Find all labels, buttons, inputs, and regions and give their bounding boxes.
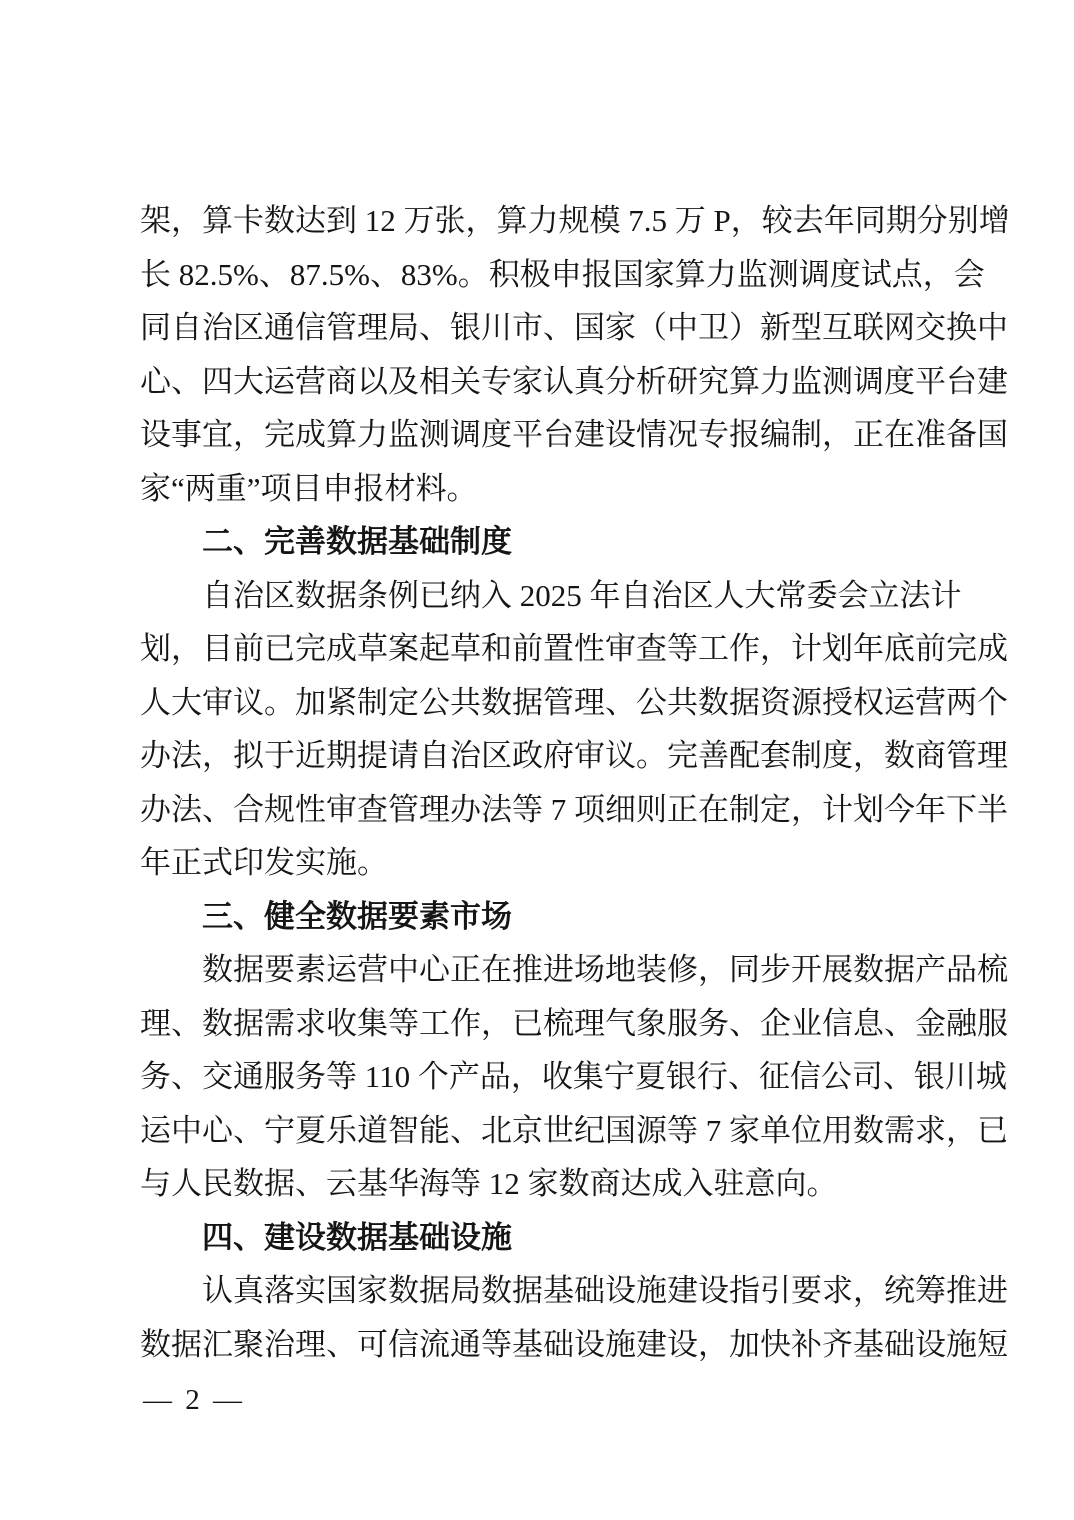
text-line: 理、数据需求收集等工作，已梳理气象服务、企业信息、金融服: [140, 997, 946, 1051]
text-line: 心、四大运营商以及相关专家认真分析研究算力监测调度平台建: [140, 355, 946, 409]
text-line: 办法、合规性审查管理办法等 7 项细则正在制定，计划今年下半: [140, 783, 946, 837]
text-line: 同自治区通信管理局、银川市、国家（中卫）新型互联网交换中: [140, 301, 946, 355]
text-line: 运中心、宁夏乐道智能、北京世纪国源等 7 家单位用数需求，已: [140, 1104, 946, 1158]
text-line: 与人民数据、云基华海等 12 家数商达成入驻意向。: [140, 1157, 946, 1211]
text-line: 数据汇聚治理、可信流通等基础设施建设，加快补齐基础设施短: [140, 1318, 946, 1372]
section-heading-3: 三、健全数据要素市场: [140, 890, 946, 944]
paragraph: 数据要素运营中心正在推进场地装修，同步开展数据产品梳 理、数据需求收集等工作，已…: [140, 943, 946, 1211]
paragraph-continuation: 架，算卡数达到 12 万张，算力规模 7.5 万 P，较去年同期分别增 长 82…: [140, 194, 946, 515]
text-line: 认真落实国家数据局数据基础设施建设指引要求，统筹推进: [140, 1264, 946, 1318]
text-line: 设事宜，完成算力监测调度平台建设情况专报编制，正在准备国: [140, 408, 946, 462]
text-line: 务、交通服务等 110 个产品，收集宁夏银行、征信公司、银川城: [140, 1050, 946, 1104]
page-number: — 2 —: [143, 1384, 245, 1417]
document-body: 架，算卡数达到 12 万张，算力规模 7.5 万 P，较去年同期分别增 长 82…: [140, 194, 946, 1371]
text-line: 办法，拟于近期提请自治区政府审议。完善配套制度，数商管理: [140, 729, 946, 783]
section-heading-4: 四、建设数据基础设施: [140, 1211, 946, 1265]
text-line: 长 82.5%、87.5%、83%。积极申报国家算力监测调度试点，会: [140, 248, 946, 302]
text-line: 年正式印发实施。: [140, 836, 946, 890]
text-line: 划，目前已完成草案起草和前置性审查等工作，计划年底前完成: [140, 622, 946, 676]
text-line: 架，算卡数达到 12 万张，算力规模 7.5 万 P，较去年同期分别增: [140, 194, 946, 248]
text-line: 家“两重”项目申报材料。: [140, 462, 946, 516]
text-line: 自治区数据条例已纳入 2025 年自治区人大常委会立法计: [140, 569, 946, 623]
section-heading-2: 二、完善数据基础制度: [140, 515, 946, 569]
paragraph: 自治区数据条例已纳入 2025 年自治区人大常委会立法计 划，目前已完成草案起草…: [140, 569, 946, 890]
document-page: 架，算卡数达到 12 万张，算力规模 7.5 万 P，较去年同期分别增 长 82…: [0, 0, 1074, 1520]
paragraph: 认真落实国家数据局数据基础设施建设指引要求，统筹推进 数据汇聚治理、可信流通等基…: [140, 1264, 946, 1371]
text-line: 人大审议。加紧制定公共数据管理、公共数据资源授权运营两个: [140, 676, 946, 730]
text-line: 数据要素运营中心正在推进场地装修，同步开展数据产品梳: [140, 943, 946, 997]
